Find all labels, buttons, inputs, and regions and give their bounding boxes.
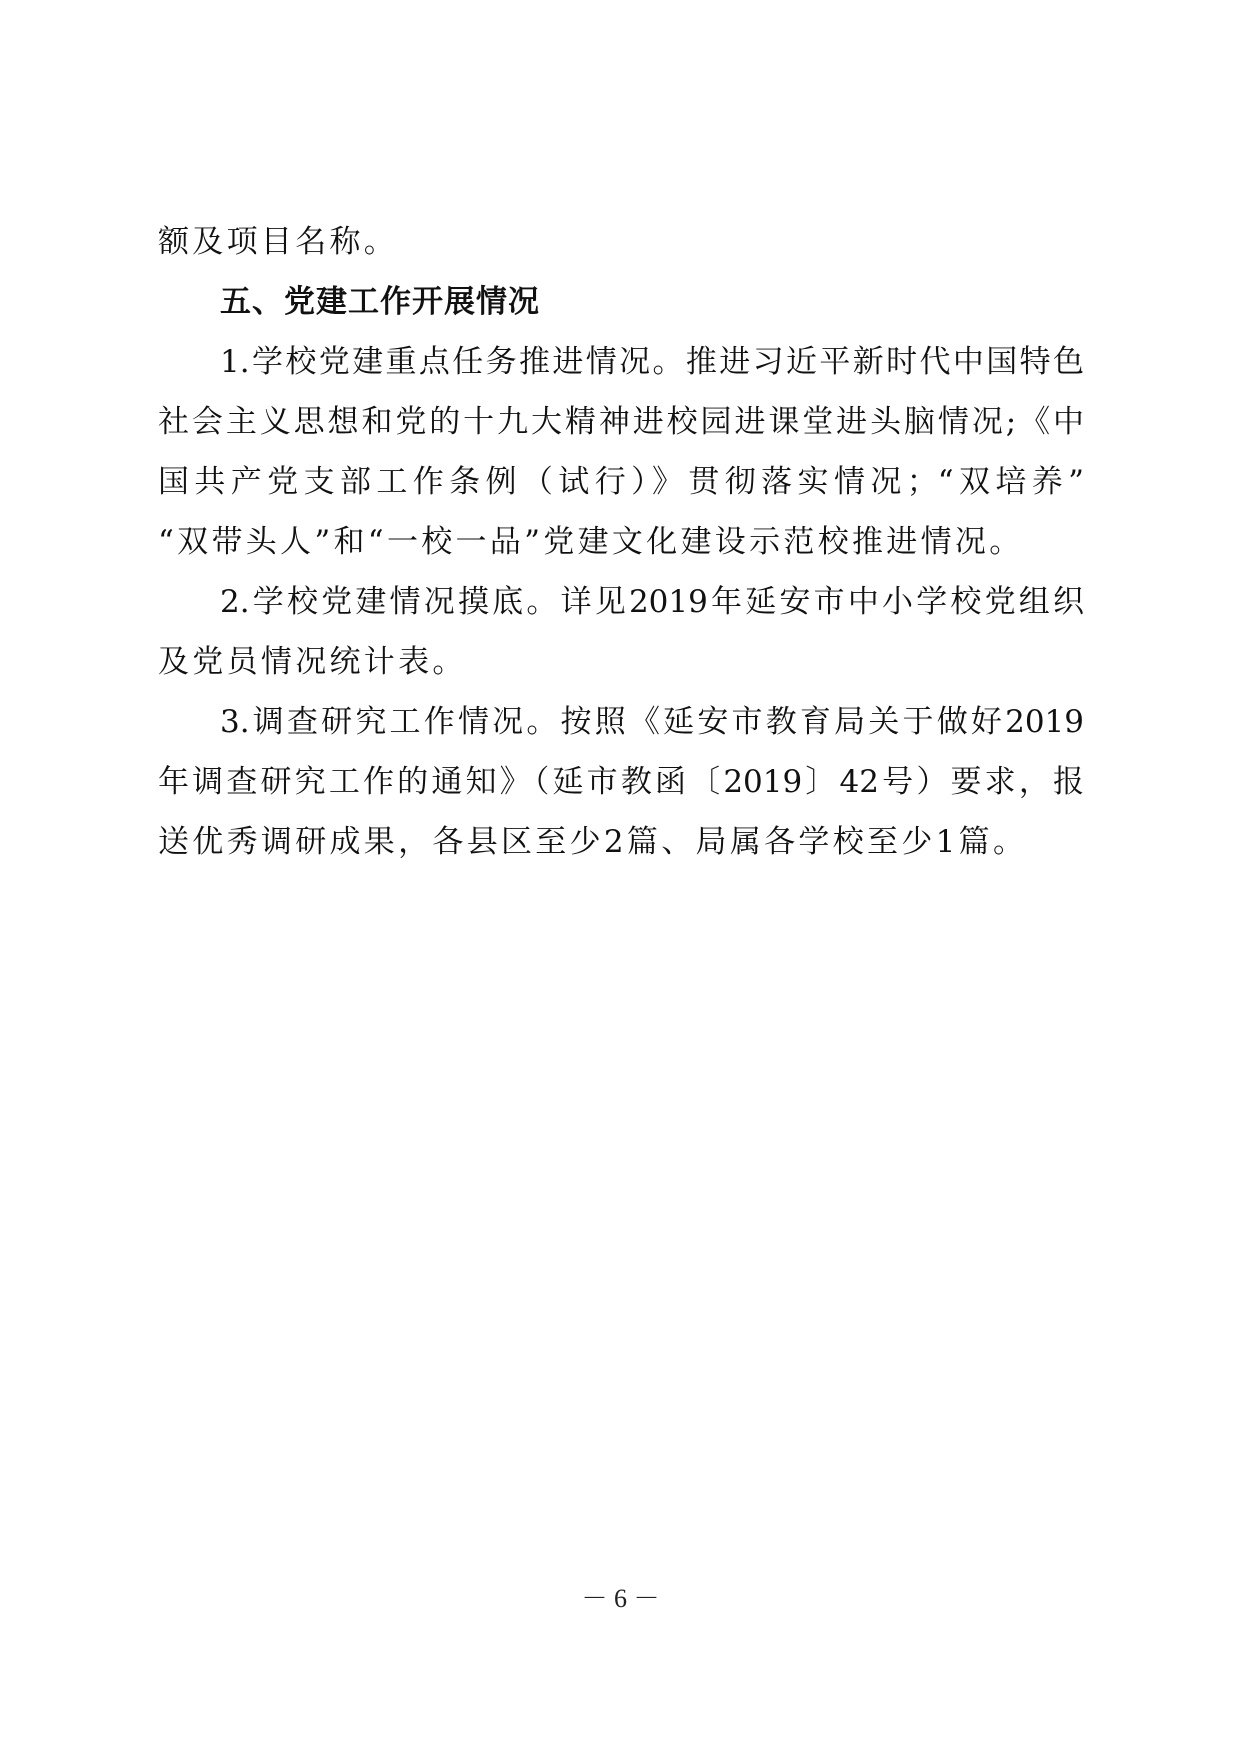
item-3-line-3: 送优秀调研成果，各县区至少2篇、局属各学校至少1篇。: [158, 812, 1084, 872]
item-3-line-2: 年调查研究工作的通知》（延市教函〔2019〕42号）要求，报: [158, 752, 1084, 812]
section-heading: 五、党建工作开展情况: [158, 272, 1084, 332]
item-1-line-4: “双带头人”和“一校一品”党建文化建设示范校推进情况。: [158, 512, 1084, 572]
item-1-line-3: 国共产党支部工作条例（试行）》贯彻落实情况；“双培养”: [158, 452, 1084, 512]
item-1-line-1: 1.学校党建重点任务推进情况。推进习近平新时代中国特色: [158, 332, 1084, 392]
item-3-line-1: 3.调查研究工作情况。按照《延安市教育局关于做好2019: [158, 692, 1084, 752]
item-2-line-2: 及党员情况统计表。: [158, 632, 1084, 692]
document-page: 额及项目名称。 五、党建工作开展情况 1.学校党建重点任务推进情况。推进习近平新…: [158, 212, 1084, 872]
page-number: － 6 －: [0, 1578, 1241, 1615]
body-line-continuation: 额及项目名称。: [158, 212, 1084, 272]
item-1-line-2: 社会主义思想和党的十九大精神进校园进课堂进头脑情况;《中: [158, 392, 1084, 452]
item-2-line-1: 2.学校党建情况摸底。详见2019年延安市中小学校党组织: [158, 572, 1084, 632]
